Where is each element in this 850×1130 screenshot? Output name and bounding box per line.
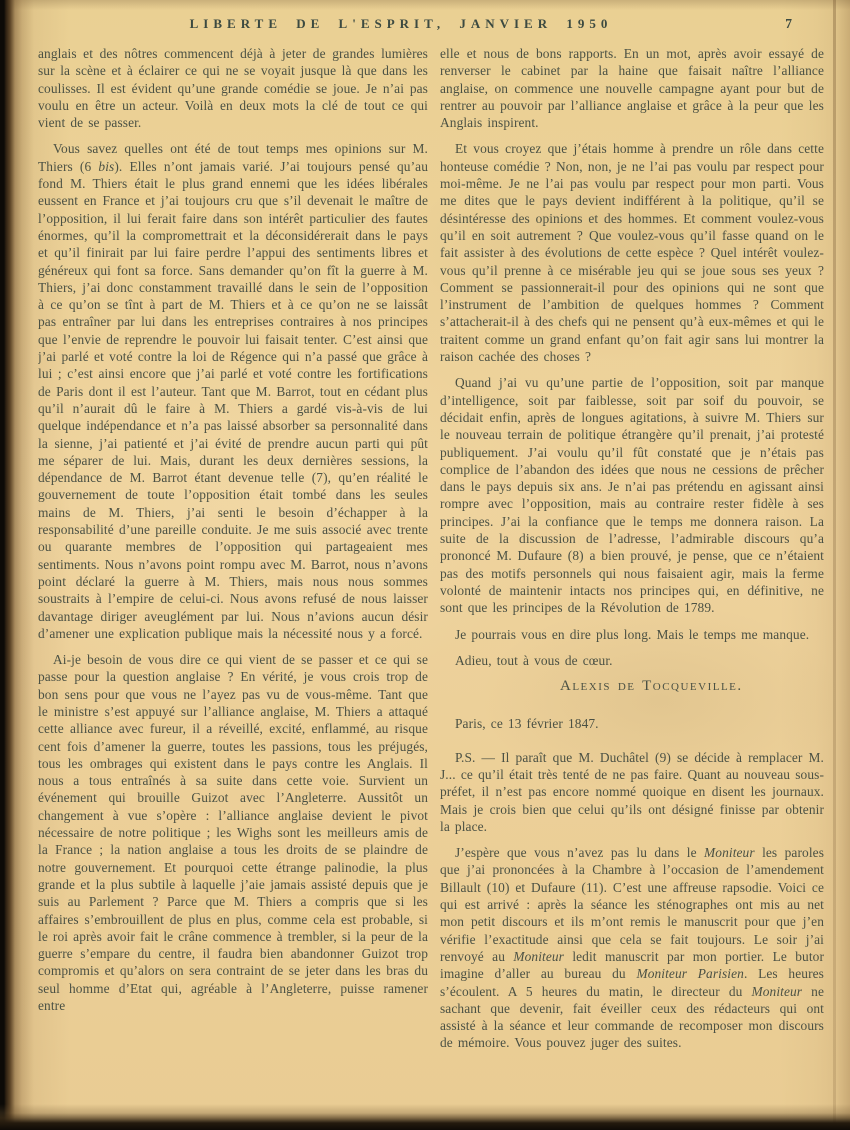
right-text-column: elle et nous de bons rapports. En un mot…	[440, 45, 824, 1103]
page-header: LIBERTE DE L'ESPRIT, JANVIER 1950 7	[40, 16, 822, 38]
postscript-paragraph: J’espère que vous n’avez pas lu dans le …	[440, 844, 824, 1052]
page-number: 7	[785, 16, 792, 32]
paragraph: anglais et des nôtres commencent déjà à …	[38, 45, 428, 131]
journal-title: LIBERTE DE L'ESPRIT, JANVIER 1950	[40, 16, 762, 32]
dateline: Paris, ce 13 février 1847.	[440, 715, 824, 732]
page-edge-line	[833, 0, 836, 1130]
paragraph: Vous savez quelles ont été de tout temps…	[38, 140, 428, 642]
paragraph: elle et nous de bons rapports. En un mot…	[440, 45, 824, 131]
scanned-page-background: LIBERTE DE L'ESPRIT, JANVIER 1950 7 angl…	[0, 0, 850, 1130]
bottom-page-edge-shadow	[0, 1104, 850, 1130]
paragraph: Je pourrais vous en dire plus long. Mais…	[440, 626, 824, 643]
postscript-paragraph: P.S. — Il paraît que M. Duchâtel (9) se …	[440, 749, 824, 835]
paragraph: Quand j’ai vu qu’une partie de l’opposit…	[440, 374, 824, 616]
paragraph: Ai-je besoin de vous dire ce qui vient d…	[38, 651, 428, 1014]
book-binding-shadow	[0, 0, 34, 1130]
paragraph: Et vous croyez que j’étais homme à prend…	[440, 140, 824, 365]
signature-line: Alexis de Tocqueville.	[440, 678, 824, 695]
paragraph: Adieu, tout à vous de cœur.	[440, 652, 824, 669]
left-text-column: anglais et des nôtres commencent déjà à …	[38, 45, 428, 1103]
